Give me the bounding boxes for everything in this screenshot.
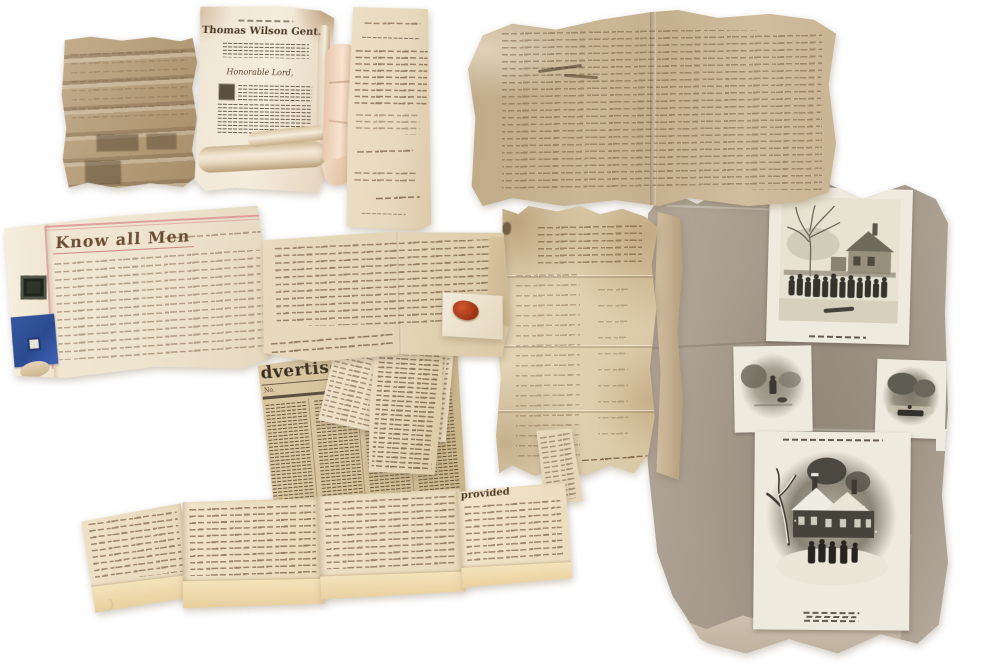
manuscript-text (502, 30, 822, 190)
plica-band (319, 571, 466, 599)
large-parchment (468, 10, 836, 206)
crumpled-parchment-surface (61, 35, 200, 189)
indenture-strip: provided (84, 485, 570, 633)
river-vignette-icon (879, 363, 943, 433)
seal-slip-surface (437, 288, 509, 345)
indenture-segment (80, 503, 195, 613)
receipt-date-line (364, 19, 420, 28)
winter-scene-icon (763, 445, 900, 596)
tall-receipt (341, 7, 437, 231)
parchment-surface (468, 10, 836, 206)
printed-title: Thomas Wilson Gent. (197, 25, 327, 38)
indenture-panel (316, 488, 466, 599)
receipt-docket-line (362, 35, 420, 42)
indenture-word: provided (461, 486, 510, 501)
ink-stamp-mark (96, 134, 138, 152)
faint-manuscript-text (71, 49, 188, 121)
blue-duty-stamp (10, 314, 58, 368)
engraving-village (766, 186, 913, 345)
indenture-segment: provided (455, 482, 572, 588)
duty-stamp-window (29, 339, 39, 349)
engraving-footer-caption (805, 620, 858, 622)
photo-canvas: Thomas Wilson Gent. Honorable Lord, (0, 0, 1000, 666)
indenture-text (324, 495, 456, 569)
indenture-panel (80, 503, 195, 613)
account-signature (582, 453, 649, 469)
indenture-panel: provided (455, 482, 572, 588)
receipt-signature (376, 194, 420, 204)
page-roll (197, 141, 326, 174)
engraving-title-caption (783, 439, 883, 442)
crumpled-parchment (61, 35, 200, 189)
printed-paragraph-text (217, 102, 312, 136)
indenture-text (464, 499, 563, 562)
receipt-body-text (354, 47, 427, 107)
vellum-deed-surface: Know all Men (4, 205, 274, 380)
account-sheet-surface (496, 206, 658, 476)
engraving-footer-caption (806, 616, 856, 618)
wax-seal-slip (437, 288, 509, 345)
printed-section: Honorable Lord, (196, 67, 323, 78)
wrapping-paper-surface (642, 180, 948, 658)
engraving-winter (753, 431, 911, 630)
wrapping-paper (642, 180, 948, 658)
indenture-text (88, 510, 184, 582)
engraving-fragment (936, 429, 948, 451)
red-rule-top (44, 214, 262, 227)
village-scene-icon (779, 196, 901, 323)
indenture-panel (181, 498, 325, 608)
manuscript-signature (271, 333, 394, 357)
engraving-footer-caption (803, 612, 859, 614)
vellum-curl (89, 595, 115, 615)
engraving-caption (809, 335, 866, 338)
engraving-walker (733, 345, 812, 432)
indenture-text (189, 504, 316, 576)
receipt-name-line (357, 148, 413, 157)
engraving-river (875, 359, 948, 439)
deed-body-text (54, 250, 265, 361)
plica-band (182, 579, 324, 608)
indenture-segment (316, 488, 466, 599)
printed-leaf: Thomas Wilson Gent. Honorable Lord, (194, 5, 334, 193)
fold-margin (4, 217, 54, 381)
tan-strip-surface (655, 212, 683, 480)
wax-seal (452, 299, 480, 321)
printed-header-line (238, 20, 293, 22)
account-sheet (496, 206, 658, 476)
red-rule-left (44, 226, 53, 368)
receipt-footer-line (361, 211, 405, 216)
newspaper-issue-no: No. (264, 387, 275, 395)
receipt-note-text (356, 111, 421, 135)
walker-vignette-icon (737, 349, 808, 426)
emboss-stamp (21, 276, 47, 300)
receipt-clause-text (354, 169, 416, 187)
tan-strip (655, 212, 683, 480)
plica-band (460, 562, 573, 588)
tall-receipt-surface (341, 7, 437, 231)
woodcut-initial (218, 83, 235, 100)
ink-stamp-mark (146, 133, 176, 150)
vellum-deed: Know all Men (4, 205, 274, 380)
printed-leaf-surface: Thomas Wilson Gent. Honorable Lord, (194, 5, 334, 193)
vellum-curl (18, 358, 51, 380)
printed-subtitle-text (223, 41, 309, 58)
printed-paragraph-text (238, 84, 312, 103)
indenture-segment (181, 498, 325, 608)
account-heading-text (538, 224, 642, 264)
account-amount-text (598, 286, 628, 446)
ink-stamp-mark (85, 160, 121, 185)
